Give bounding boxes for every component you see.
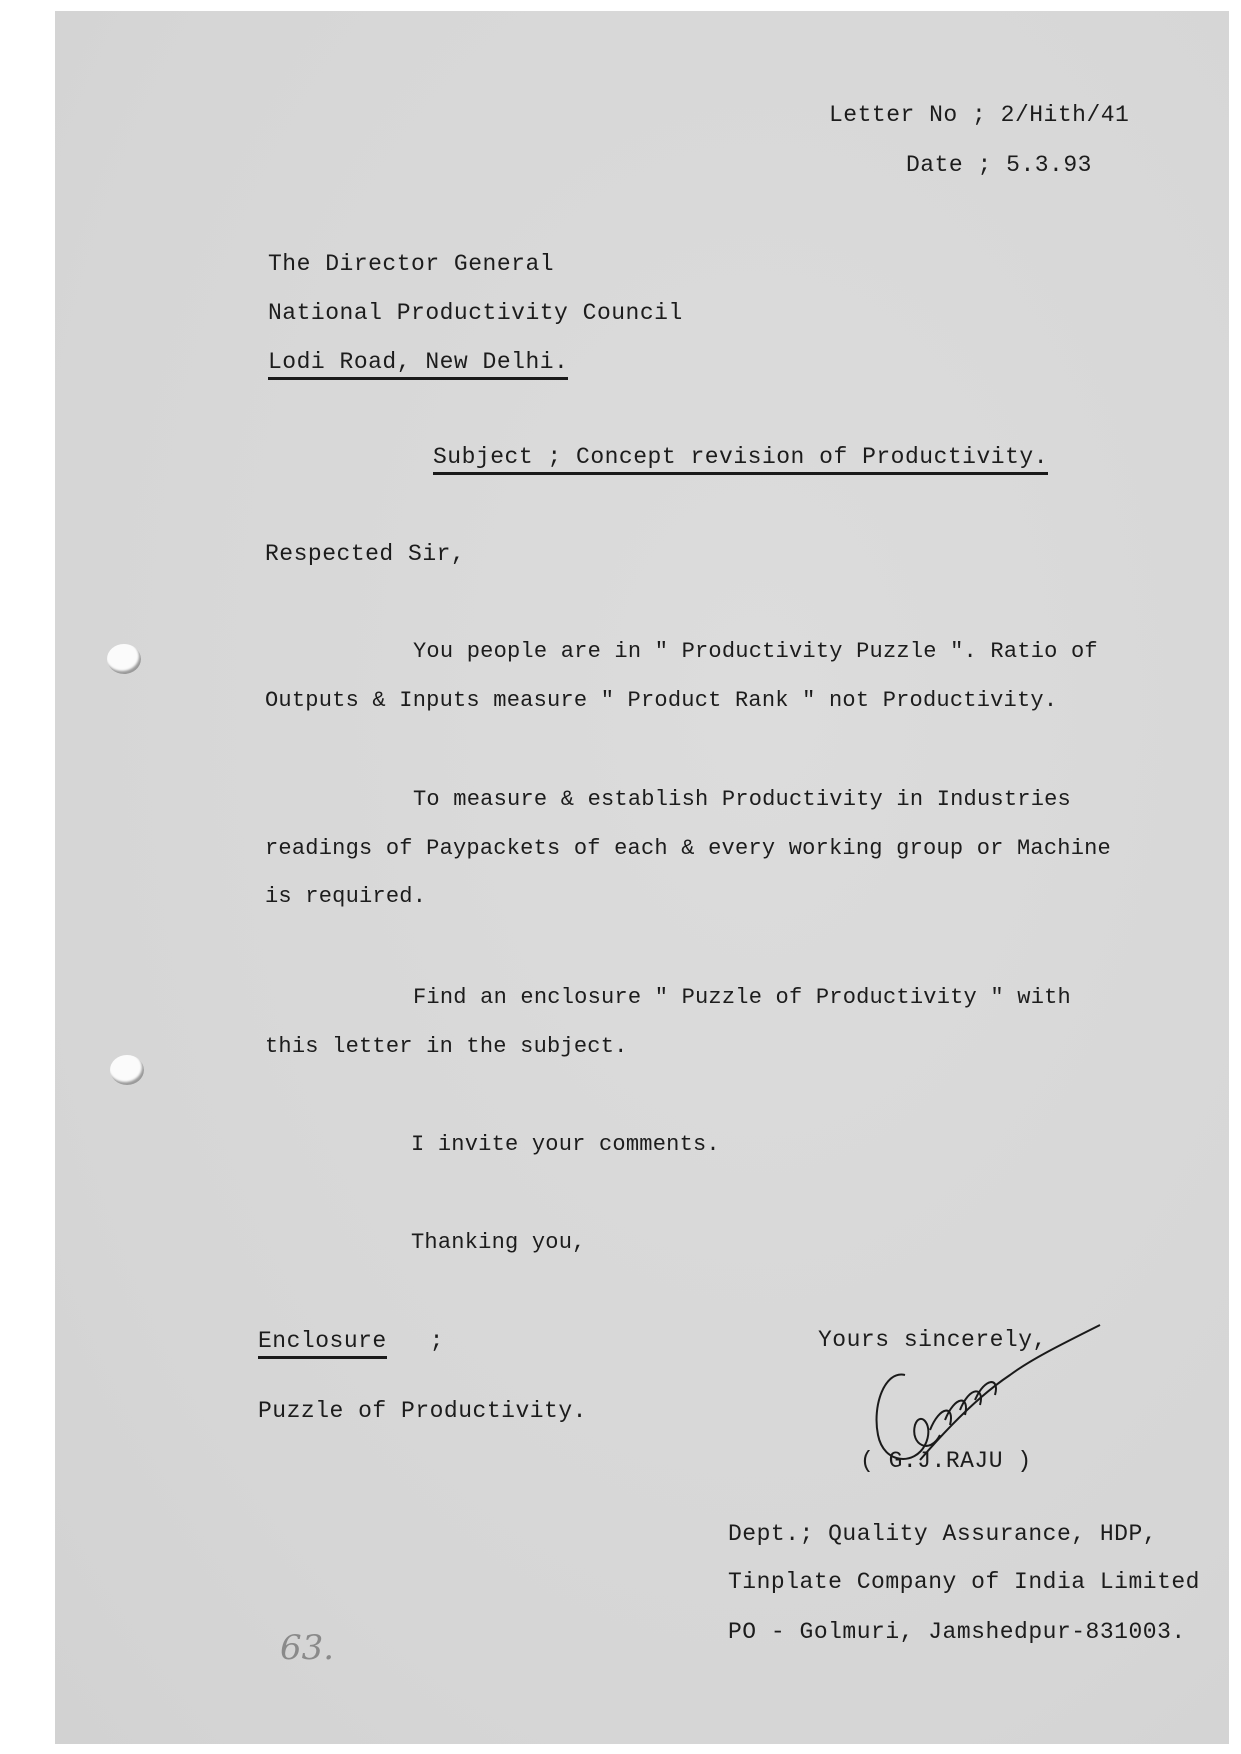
paragraph-2-line-2: readings of Paypackets of each & every w… (265, 835, 1111, 861)
subject-line: Subject ; Concept revision of Productivi… (433, 444, 1048, 475)
paragraph-2-line-3: is required. (265, 883, 426, 909)
recipient-line-1: The Director General (268, 251, 554, 277)
sender-department: Dept.; Quality Assurance, HDP, (728, 1521, 1157, 1547)
punch-hole (107, 644, 141, 674)
salutation: Respected Sir, (265, 541, 465, 567)
paragraph-1-line-2: Outputs & Inputs measure " Product Rank … (265, 687, 1057, 713)
paragraph-2-line-1: To measure & establish Productivity in I… (413, 786, 1071, 812)
paragraph-1-line-1: You people are in " Productivity Puzzle … (413, 638, 1098, 664)
enclosure-heading: Enclosure ; (258, 1328, 444, 1354)
invite-comments: I invite your comments. (411, 1131, 720, 1157)
letter-page (55, 11, 1229, 1744)
paragraph-3-line-1: Find an enclosure " Puzzle of Productivi… (413, 984, 1071, 1010)
sender-company: Tinplate Company of India Limited (728, 1569, 1200, 1595)
sender-address: PO - Golmuri, Jamshedpur-831003. (728, 1619, 1186, 1645)
punch-hole (110, 1055, 144, 1085)
recipient-line-2: National Productivity Council (268, 300, 683, 326)
thanking-you: Thanking you, (411, 1229, 586, 1255)
letter-date: Date ; 5.3.93 (906, 152, 1092, 178)
enclosure-item: Puzzle of Productivity. (258, 1398, 587, 1424)
recipient-line-3: Lodi Road, New Delhi. (268, 349, 568, 380)
letter-number: Letter No ; 2/Hith/41 (829, 102, 1129, 128)
paragraph-3-line-2: this letter in the subject. (265, 1033, 628, 1059)
page-mark: 63. (280, 1628, 334, 1668)
signatory-name: ( G.J.RAJU ) (860, 1448, 1032, 1474)
